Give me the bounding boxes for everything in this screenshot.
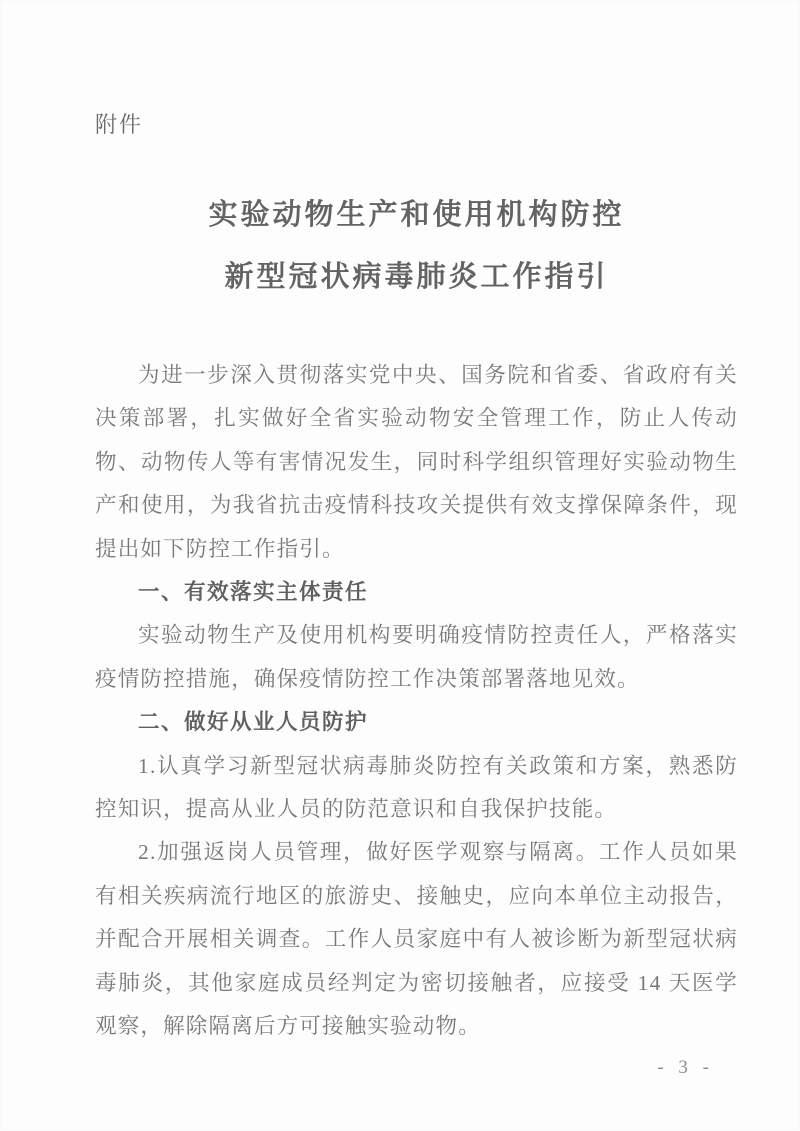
section-1-heading: 一、有效落实主体责任 [95, 571, 738, 614]
section-2-item-2: 2.加强返岗人员管理，做好医学观察与隔离。工作人员如果有相关疾病流行地区的旅游史… [95, 831, 738, 1048]
document-title-line-2: 新型冠状病毒肺炎工作指引 [95, 246, 738, 308]
document-page: 附件 实验动物生产和使用机构防控 新型冠状病毒肺炎工作指引 为进一步深入贯彻落实… [0, 0, 800, 1131]
document-body: 为进一步深入贯彻落实党中央、国务院和省委、省政府有关决策部署，扎实做好全省实验动… [95, 354, 738, 1049]
section-2-heading: 二、做好从业人员防护 [95, 701, 738, 744]
section-1-paragraph: 实验动物生产及使用机构要明确疫情防控责任人，严格落实疫情防控措施，确保疫情防控工… [95, 614, 738, 701]
document-title: 实验动物生产和使用机构防控 新型冠状病毒肺炎工作指引 [95, 184, 738, 308]
page-number: - 3 - [657, 1057, 714, 1079]
intro-paragraph: 为进一步深入贯彻落实党中央、国务院和省委、省政府有关决策部署，扎实做好全省实验动… [95, 354, 738, 571]
section-2-item-1: 1.认真学习新型冠状病毒肺炎防控有关政策和方案，熟悉防控知识，提高从业人员的防范… [95, 745, 738, 832]
attachment-label: 附件 [95, 112, 738, 138]
document-title-line-1: 实验动物生产和使用机构防控 [95, 184, 738, 246]
